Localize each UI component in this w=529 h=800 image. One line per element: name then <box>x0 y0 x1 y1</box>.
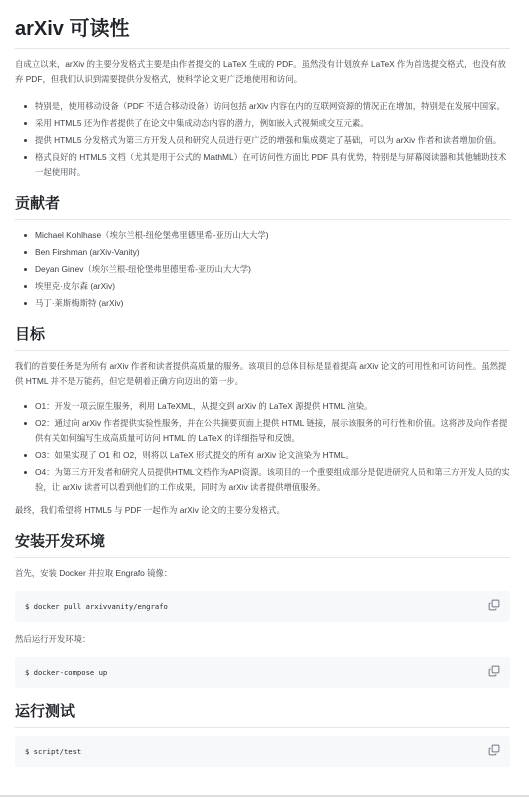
list-item: 提供 HTML5 分发格式为第三方开发人员和研究人员进行更广泛的增强和集成奠定了… <box>35 133 510 148</box>
copy-icon[interactable] <box>488 599 500 611</box>
goals-list: O1：开发一项云原生服务，利用 LaTeXML，从提交到 arXiv 的 LaT… <box>15 399 510 495</box>
section-heading-setup: 安装开发环境 <box>15 532 510 558</box>
page-title: arXiv 可读性 <box>15 16 510 49</box>
contributor-item: 埃里克·皮尔森 (arXiv) <box>35 279 510 294</box>
bottom-divider <box>0 795 529 797</box>
code-text: $ script/test <box>25 747 81 756</box>
goal-item: O2：通过向 arXiv 作者提供实验性服务，并在公共摘要页面上提供 HTML … <box>35 416 510 446</box>
readme-article: arXiv 可读性 自成立以来，arXiv 的主要分发格式主要是由作者提交的 L… <box>15 0 510 767</box>
goal-item: O4：为第三方开发者和研究人员提供HTML文档作为API资源。该项目的一个重要组… <box>35 465 510 495</box>
copy-icon[interactable] <box>488 665 500 677</box>
contributor-item: Ben Firshman (arXiv-Vanity) <box>35 245 510 260</box>
code-block-script-test: $ script/test <box>15 736 510 767</box>
section-heading-goals: 目标 <box>15 325 510 351</box>
setup-step-1: 首先，安装 Docker 并拉取 Engrafo 镜像： <box>15 566 510 581</box>
goal-item: O3：如果实现了 O1 和 O2，则将以 LaTeX 形式提交的所有 arXiv… <box>35 448 510 463</box>
code-block-docker-pull: $ docker pull arxivvanity/engrafo <box>15 591 510 622</box>
reasons-list: 特别是，使用移动设备（PDF 不适合移动设备）访问包括 arXiv 内容在内的互… <box>15 99 510 180</box>
code-text: $ docker pull arxivvanity/engrafo <box>25 602 168 611</box>
goals-intro: 我们的首要任务是为所有 arXiv 作者和读者提供高质量的服务。该项目的总体目标… <box>15 359 510 389</box>
copy-icon[interactable] <box>488 744 500 756</box>
list-item: 格式良好的 HTML5 文档（尤其是用于公式的 MathML）在可访问性方面比 … <box>35 150 510 180</box>
section-heading-tests: 运行测试 <box>15 702 510 728</box>
goal-item: O1：开发一项云原生服务，利用 LaTeXML，从提交到 arXiv 的 LaT… <box>35 399 510 414</box>
section-heading-contributors: 贡献者 <box>15 194 510 220</box>
intro-paragraph: 自成立以来，arXiv 的主要分发格式主要是由作者提交的 LaTeX 生成的 P… <box>15 57 510 87</box>
contributor-item: 马丁·莱斯梅斯特 (arXiv) <box>35 296 510 311</box>
list-item: 特别是，使用移动设备（PDF 不适合移动设备）访问包括 arXiv 内容在内的互… <box>35 99 510 114</box>
code-text: $ docker-compose up <box>25 668 107 677</box>
setup-step-2: 然后运行开发环境： <box>15 632 510 647</box>
contributor-item: Deyan Ginev（埃尔兰根-纽伦堡弗里德里希-亚历山大大学) <box>35 262 510 277</box>
code-block-docker-compose: $ docker-compose up <box>15 657 510 688</box>
contributor-item: Michael Kohlhase（埃尔兰根-纽伦堡弗里德里希-亚历山大大学) <box>35 228 510 243</box>
list-item: 采用 HTML5 还为作者提供了在论文中集成动态内容的潜力，例如嵌入式视频或交互… <box>35 116 510 131</box>
goals-outro: 最终，我们希望将 HTML5 与 PDF 一起作为 arXiv 论文的主要分发格… <box>15 503 510 518</box>
contributors-list: Michael Kohlhase（埃尔兰根-纽伦堡弗里德里希-亚历山大大学) B… <box>15 228 510 311</box>
